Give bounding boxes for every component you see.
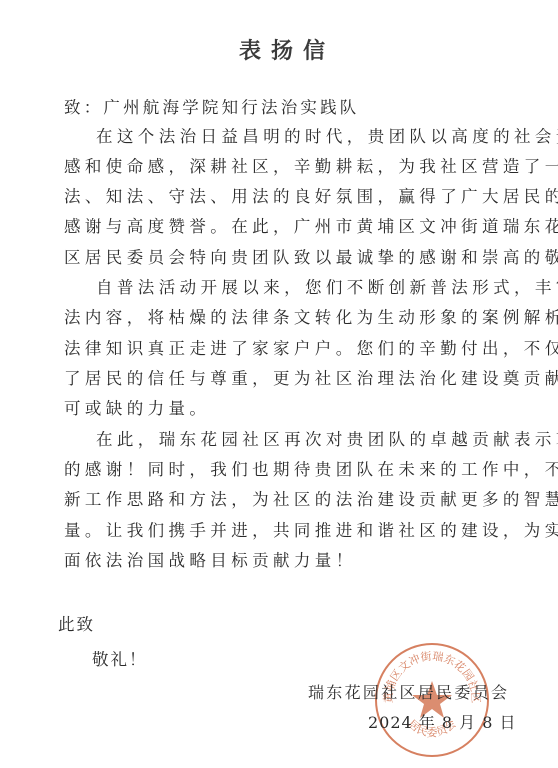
salutation: 致：广州航海学院知行法治实践队 (64, 98, 494, 118)
body-line: 在此，瑞东花园社区再次对贵团队的卓越贡献表示衷心 (96, 430, 526, 450)
body-line: 新工作思路和方法，为社区的法治建设贡献更多的智慧和力 (64, 490, 494, 510)
signature-org: 瑞东花园社区居民委员会 (308, 680, 509, 703)
body-line: 感和使命感，深耕社区，辛勤耕耘，为我社区营造了一个学 (64, 157, 494, 177)
body-line: 法内容，将枯燥的法律条文转化为生动形象的案例解析，让 (64, 308, 494, 328)
body-line: 区居民委员会特向贵团队致以最诚挚的感谢和崇高的敬意！ (64, 248, 494, 268)
body-line: 法律知识真正走进了家家户户。您们的辛勤付出，不仅赢得 (64, 339, 494, 359)
body-line: 的感谢！同时，我们也期待贵团队在未来的工作中，不断创 (64, 460, 494, 480)
body-line: 法、知法、守法、用法的良好氛围，赢得了广大居民的衷心 (64, 187, 494, 207)
body-line: 可或缺的力量。 (64, 399, 494, 419)
signature-date: 2024 年 8 月 8 日 (368, 710, 517, 733)
body-line: 感谢与高度赞誉。在此，广州市黄埔区文冲街道瑞东花园社 (64, 217, 494, 237)
body-line: 面依法治国战略目标贡献力量！ (64, 551, 494, 571)
letter-title: 表扬信 (0, 34, 558, 65)
body-line: 在这个法治日益昌明的时代，贵团队以高度的社会责任 (96, 127, 526, 147)
body-line: 量。让我们携手并进，共同推进和谐社区的建设，为实现全 (64, 521, 494, 541)
closing-line-1: 此致 (58, 615, 488, 635)
body-line: 了居民的信任与尊重，更为社区治理法治化建设奠贡献了不 (64, 369, 494, 389)
body-line: 自普法活动开展以来，您们不断创新普法形式，丰富普 (96, 278, 526, 298)
